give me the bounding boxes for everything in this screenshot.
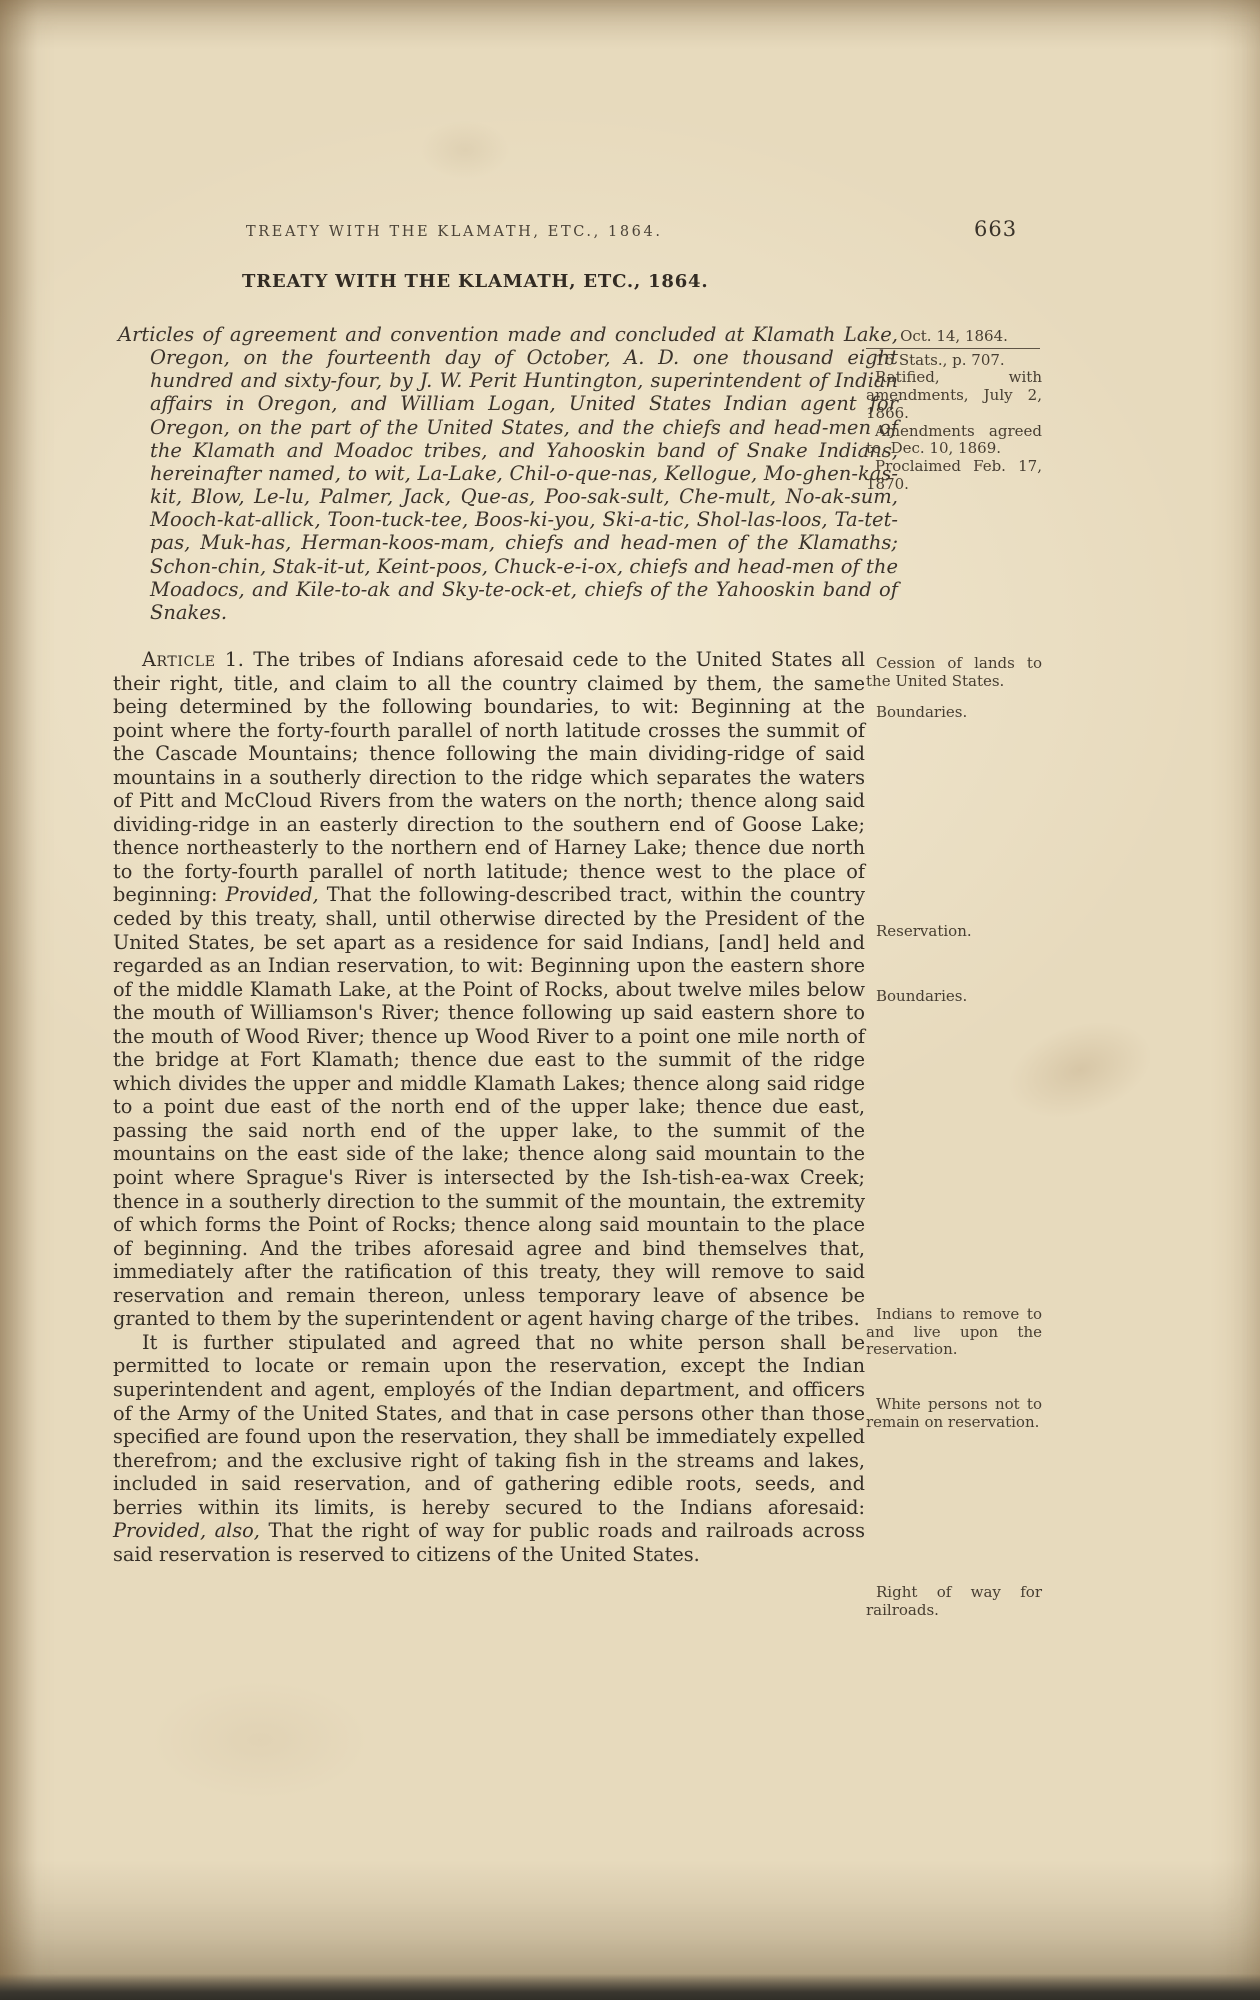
treaty-preamble: Articles of agreement and convention mad…	[118, 323, 898, 624]
sidenote-right-of-way: Right of way for railroads.	[866, 1584, 1042, 1619]
paper-stain	[995, 1004, 1165, 1136]
sidenote-boundaries-1: Boundaries.	[866, 704, 1042, 722]
paper-stain	[150, 1680, 370, 1800]
margin-note-rule	[866, 348, 1040, 349]
sidenote-cession: Cession of lands to the United States.	[866, 655, 1042, 690]
statute-citation: 16 Stats., p. 707.	[866, 352, 1042, 370]
sidenote-boundaries-2: Boundaries.	[866, 988, 1042, 1006]
ratified-note: Ratified, with amendments, July 2, 1866.	[866, 369, 1042, 422]
page-number: 663	[974, 217, 1017, 241]
scanned-document-page: TREATY WITH THE KLAMATH, ETC., 1864. 663…	[0, 0, 1260, 2000]
amendments-note: Amendments agreed to, Dec. 10, 1869.	[866, 423, 1042, 458]
article-1-label: Article 1.	[142, 648, 245, 671]
proclaimed-note: Proclaimed Feb. 17, 1870.	[866, 458, 1042, 493]
scan-bottom-edge	[0, 1974, 1260, 2000]
stipulation-paragraph: It is further stipulated and agreed that…	[113, 1331, 865, 1566]
treaty-body: Article 1. The tribes of Indians aforesa…	[113, 648, 865, 1566]
paper-stain	[420, 120, 510, 180]
stipulation-text-a: It is further stipulated and agreed that…	[113, 1331, 865, 1519]
ratification-margin-note: Oct. 14, 1864. 16 Stats., p. 707. Ratifi…	[866, 328, 1042, 493]
running-header: TREATY WITH THE KLAMATH, ETC., 1864.	[246, 224, 663, 240]
sidenote-indians-remove: Indians to remove to and live upon the r…	[866, 1306, 1042, 1359]
article-1-paragraph: Article 1. The tribes of Indians aforesa…	[113, 648, 865, 1331]
ratification-date: Oct. 14, 1864.	[866, 328, 1042, 346]
sidenote-white-persons: White persons not to remain on reservati…	[866, 1396, 1042, 1431]
stipulation-provided: Provided, also,	[113, 1519, 260, 1542]
document-title: TREATY WITH THE KLAMATH, ETC., 1864.	[242, 271, 708, 292]
article-1-text-b: That the following-described tract, with…	[113, 883, 865, 1330]
sidenote-reservation: Reservation.	[866, 923, 1042, 941]
article-1-text-a: The tribes of Indians aforesaid cede to …	[113, 648, 865, 906]
article-1-provided: Provided,	[226, 883, 319, 906]
